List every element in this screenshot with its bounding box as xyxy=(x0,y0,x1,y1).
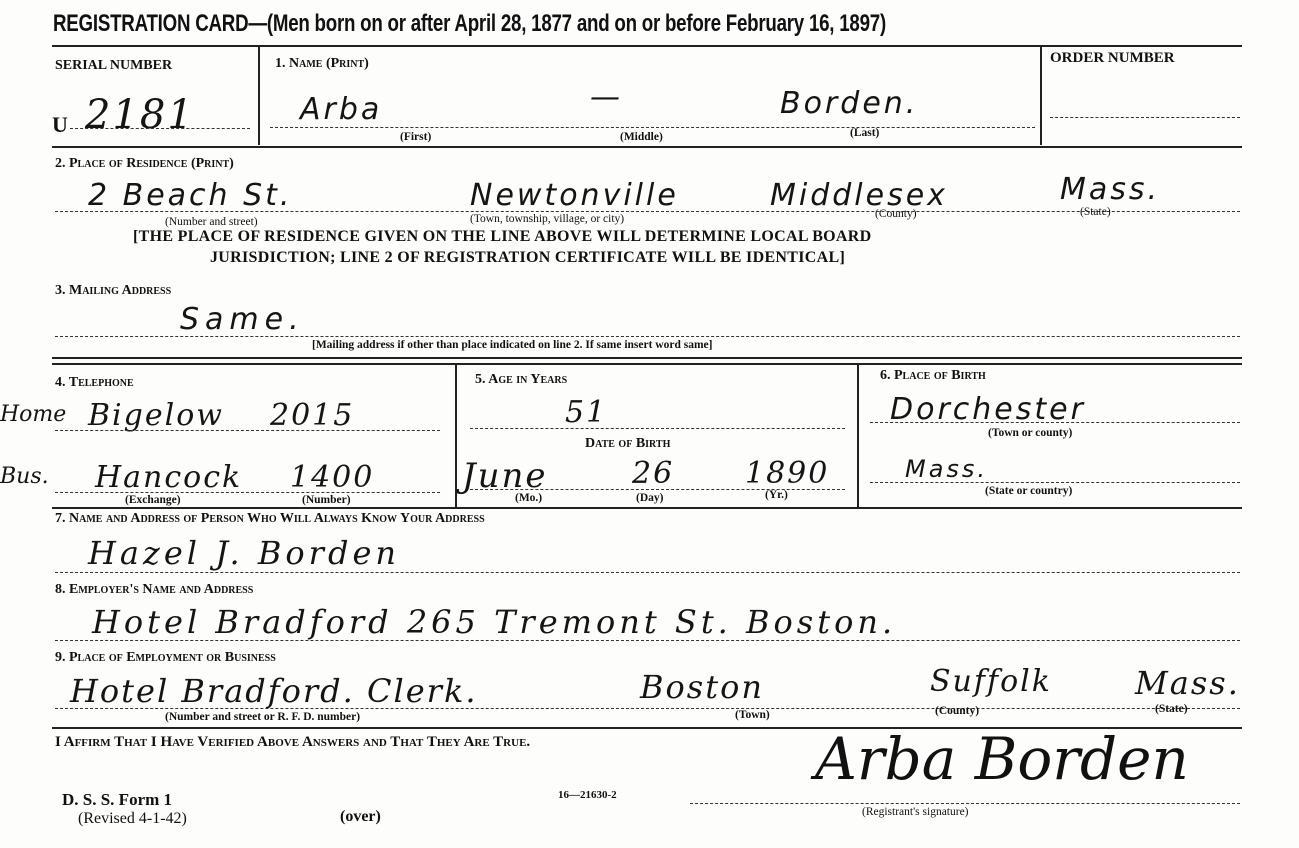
serial-prefix: U xyxy=(52,112,68,138)
divider xyxy=(52,146,1242,148)
divider xyxy=(470,489,845,490)
business-number-value: 1400 xyxy=(290,460,374,495)
divider xyxy=(1040,45,1042,145)
home-exchange-value: Bigelow xyxy=(88,398,224,433)
employer-label: 8. Employer's Name and Address xyxy=(55,582,253,598)
residence-county-value: Middlesex xyxy=(770,178,948,213)
birth-town-caption: (Town or county) xyxy=(988,427,1072,439)
contact-person-label: 7. Name and Address of Person Who Will A… xyxy=(55,511,485,527)
mailing-address-label: 3. Mailing Address xyxy=(55,283,171,299)
town-caption: (Town, township, village, or city) xyxy=(470,213,624,225)
birth-state-caption: (State or country) xyxy=(985,485,1072,497)
home-number-value: 2015 xyxy=(270,398,354,433)
residence-label: 2. Place of Residence (Print) xyxy=(55,156,234,172)
divider xyxy=(870,482,1240,483)
first-caption: (First) xyxy=(400,131,431,143)
order-number-label: ORDER NUMBER xyxy=(1050,50,1175,67)
affirmation-text: I Affirm That I Have Verified Above Answ… xyxy=(55,734,530,751)
serial-number-value: 2181 xyxy=(85,92,195,138)
card-title: REGISTRATION CARD—(Men born on or after … xyxy=(53,10,886,38)
divider xyxy=(55,572,1240,573)
name-label: 1. Name (Print) xyxy=(275,56,369,72)
first-name-value: Arba xyxy=(300,92,382,127)
employment-street-caption: (Number and street or R. F. D. number) xyxy=(165,711,360,723)
divider xyxy=(52,507,1242,509)
employment-county-value: Suffolk xyxy=(930,664,1052,699)
employer-value: Hotel Bradford 265 Tremont St. Boston. xyxy=(92,603,896,641)
year-caption: (Yr.) xyxy=(765,489,788,501)
birthplace-label: 6. Place of Birth xyxy=(880,368,986,384)
age-label: 5. Age in Years xyxy=(475,372,567,388)
mailing-address-value: Same. xyxy=(180,302,305,337)
divider xyxy=(55,336,1240,337)
divider xyxy=(455,363,457,508)
employment-state-value: Mass. xyxy=(1135,664,1240,702)
form-revised: (Revised 4-1-42) xyxy=(78,810,187,828)
residence-notice-line1: [THE PLACE OF RESIDENCE GIVEN ON THE LIN… xyxy=(133,228,872,246)
divider xyxy=(55,430,440,431)
exchange-caption: (Exchange) xyxy=(125,494,181,506)
divider xyxy=(52,45,1242,47)
date-of-birth-label: Date of Birth xyxy=(585,436,670,452)
divider xyxy=(470,428,845,429)
home-prefix: Home xyxy=(0,402,66,427)
divider xyxy=(258,45,260,145)
middle-caption: (Middle) xyxy=(620,131,663,143)
print-code: 16—21630-2 xyxy=(558,789,617,801)
middle-name-value: — xyxy=(590,80,623,115)
signature-line xyxy=(690,803,1240,804)
employment-street-value: Hotel Bradford. Clerk. xyxy=(70,672,478,710)
residence-street-value: 2 Beach St. xyxy=(88,178,292,213)
registrant-signature: Arba Borden xyxy=(815,725,1189,793)
divider xyxy=(55,211,1240,212)
divider xyxy=(1050,117,1240,118)
signature-caption: (Registrant's signature) xyxy=(862,806,969,818)
divider xyxy=(55,492,440,493)
birth-year-value: 1890 xyxy=(745,456,829,491)
employment-town-value: Boston xyxy=(640,668,764,706)
business-prefix: Bus. xyxy=(0,464,49,489)
divider xyxy=(870,422,1240,423)
birth-day-value: 26 xyxy=(632,456,674,491)
divider xyxy=(270,127,1035,128)
number-caption: (Number) xyxy=(302,494,351,506)
telephone-label: 4. Telephone xyxy=(55,375,134,391)
divider xyxy=(55,640,1240,641)
county-caption: (County) xyxy=(875,208,917,220)
age-value: 51 xyxy=(565,395,607,430)
divider xyxy=(52,357,1242,359)
last-caption: (Last) xyxy=(850,127,879,139)
street-caption: (Number and street) xyxy=(165,216,258,228)
residence-town-value: Newtonville xyxy=(470,178,679,213)
over-note: (over) xyxy=(340,808,381,826)
divider xyxy=(70,128,250,129)
form-id: D. S. S. Form 1 xyxy=(62,790,172,810)
last-name-value: Borden. xyxy=(780,86,918,121)
business-exchange-value: Hancock xyxy=(95,460,242,495)
day-caption: (Day) xyxy=(636,492,663,504)
serial-number-label: SERIAL NUMBER xyxy=(55,58,172,74)
contact-person-value: Hazel J. Borden xyxy=(88,534,400,572)
divider xyxy=(857,363,859,508)
divider xyxy=(55,708,1240,709)
birth-month-value: June xyxy=(462,456,548,496)
residence-state-value: Mass. xyxy=(1060,172,1160,207)
mailing-address-caption: [Mailing address if other than place ind… xyxy=(312,339,712,351)
divider xyxy=(52,363,1242,365)
employment-county-caption: (County) xyxy=(935,705,979,717)
residence-notice-line2: JURISDICTION; LINE 2 OF REGISTRATION CER… xyxy=(210,249,845,267)
month-caption: (Mo.) xyxy=(515,492,542,504)
state-caption: (State) xyxy=(1080,206,1111,218)
birth-state-value: Mass. xyxy=(905,455,988,483)
employment-state-caption: (State) xyxy=(1155,703,1188,715)
employment-place-label: 9. Place of Employment or Business xyxy=(55,650,276,666)
employment-town-caption: (Town) xyxy=(735,709,770,721)
